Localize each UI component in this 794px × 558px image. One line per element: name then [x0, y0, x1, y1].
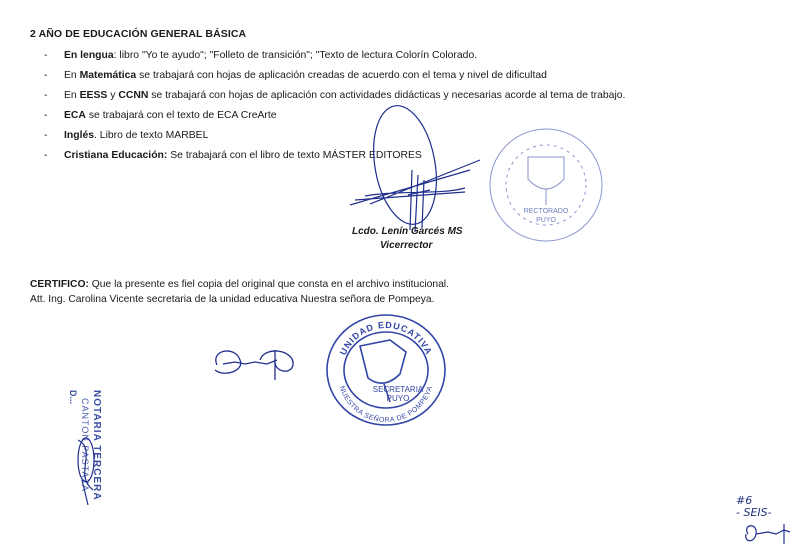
section-heading: 2 AÑO DE EDUCACIÓN GENERAL BÁSICA: [30, 28, 246, 40]
list-item: -En Matemática se trabajará con hojas de…: [44, 66, 625, 86]
secretaria-stamp: UNIDAD EDUCATIVA NUESTRA SEÑORA DE POMPE…: [324, 312, 448, 428]
bullet-dash: -: [44, 86, 64, 106]
signatory-name: Lcdo. Lenín Garcés MS: [352, 226, 463, 237]
svg-text:PUYO: PUYO: [536, 217, 556, 224]
certification-label: CERTIFICO:: [30, 279, 89, 290]
vicerrector-signature: [330, 100, 490, 230]
list-item-text: Inglés. Libro de texto MARBEL: [64, 126, 208, 146]
bullet-dash: -: [44, 106, 64, 126]
svg-text:RECTORADO: RECTORADO: [524, 208, 569, 215]
notary-signature: [68, 430, 108, 510]
svg-text:PUYO: PUYO: [387, 394, 410, 403]
notary-stamp: NOTARIA TERCERA CANTON PASTAZA D...: [2, 390, 62, 510]
page-note-signature: [740, 520, 794, 550]
list-item: -En lengua: libro "Yo te ayudo"; "Follet…: [44, 46, 625, 66]
list-item-text: ECA se trabajará con el texto de ECA Cre…: [64, 106, 277, 126]
bullet-dash: -: [44, 146, 64, 166]
attestation-line: Att. Ing. Carolina Vicente secretaria de…: [30, 292, 449, 307]
rectorado-stamp: RECTORADO PUYO: [488, 127, 604, 243]
page-number-note: #6 - SEIS-: [736, 495, 772, 519]
secretary-signature: [205, 340, 305, 390]
bullet-dash: -: [44, 46, 64, 66]
list-item-text: En Matemática se trabajará con hojas de …: [64, 66, 547, 86]
bullet-dash: -: [44, 66, 64, 86]
list-item-text: En lengua: libro "Yo te ayudo"; "Folleto…: [64, 46, 477, 66]
certification-text: CERTIFICO: Que la presente es fiel copia…: [30, 277, 449, 307]
svg-text:SECRETARIA: SECRETARIA: [373, 385, 424, 394]
bullet-dash: -: [44, 126, 64, 146]
signatory-role: Vicerrector: [380, 240, 432, 251]
